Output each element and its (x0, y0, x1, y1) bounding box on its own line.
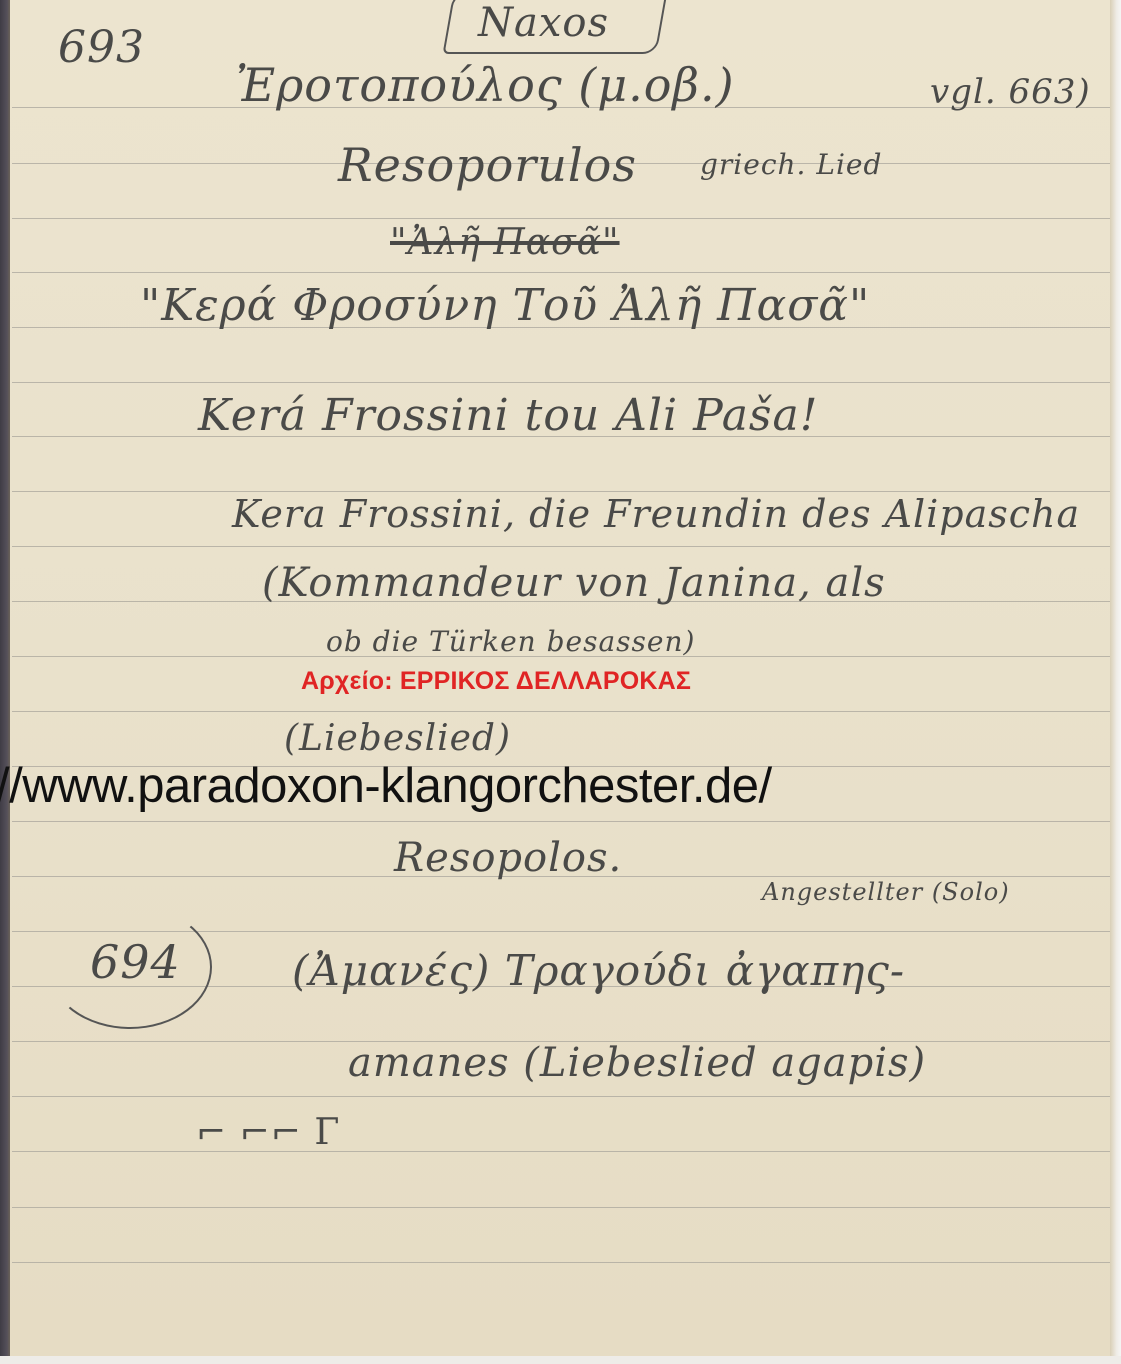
notebook-binding (0, 0, 10, 1358)
notation-marks: ⌐ ⌐⌐ Γ (196, 1112, 340, 1153)
boxed-heading: Naxos (478, 0, 609, 46)
continuation-line: amanes (Liebeslied agapis) (348, 1040, 926, 1086)
german-line-2: (Kommandeur von Janina, als (262, 560, 886, 606)
entry-number-693: 693 (58, 22, 145, 73)
ruled-line (12, 821, 1110, 822)
notebook-page: 693 Naxos Ἐροτοπούλος (μ.οβ.) vgl. 663) … (0, 0, 1114, 1358)
reference-note: vgl. 663) (930, 72, 1091, 112)
genre-note: (Liebeslied) (284, 718, 511, 759)
ruled-line (12, 272, 1110, 273)
ruled-line (12, 218, 1110, 219)
page-right-edge (1110, 0, 1121, 1364)
german-line-3: ob die Türken besassen) (326, 625, 695, 658)
ruled-line (12, 1151, 1110, 1152)
transliteration: Kerá Frossini tou Ali Paša! (198, 390, 818, 441)
language-note: griech. Lied (700, 148, 882, 181)
url-watermark: //www.paradoxon-klangorchester.de/ (0, 758, 772, 814)
entry-number-694: 694 (90, 935, 181, 989)
page-bottom-edge (0, 1356, 1121, 1364)
greek-title-694: (Ἀμανές) Τραγούδι ἀγαπης- (292, 946, 905, 995)
performer-name: Resopolos. (394, 835, 622, 881)
latin-title: Resoporulos (338, 138, 637, 192)
entry-title-line: Ἐροτοπούλος (μ.οβ.) (236, 58, 735, 112)
ruled-line (12, 1207, 1110, 1208)
ruled-line (12, 711, 1110, 712)
ruled-line (12, 382, 1110, 383)
superscript-note: Angestellter (Solo) (762, 878, 1010, 906)
archive-watermark: Αρχείο: ΕΡΡΙΚΟΣ ΔΕΛΛΑΡΟΚΑΣ (301, 667, 691, 696)
greek-title: "Κερά Φροσύνη Τοῦ Ἀλῆ Πασᾶ" (140, 280, 870, 331)
ruled-line (12, 546, 1110, 547)
ruled-line (12, 1096, 1110, 1097)
struck-text: "Ἀλῆ Πασᾶ" (390, 222, 620, 263)
german-line-1: Kera Frossini, die Freundin des Alipasch… (232, 492, 1080, 536)
ruled-line (12, 1262, 1110, 1263)
